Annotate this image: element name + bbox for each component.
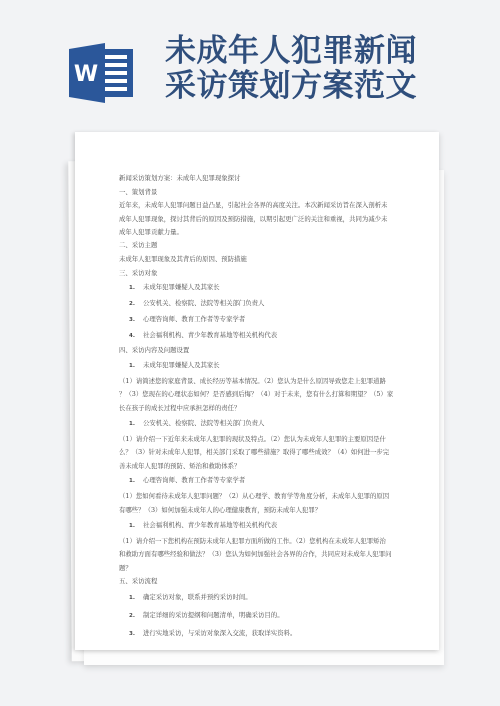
title-line-1: 未成年人犯罪新闻 <box>165 34 417 69</box>
question-group-target: 1.公安机关、检察院、法院等相关部门负责人 <box>119 416 417 432</box>
process-list: 1.确定采访对象，联系并预约采访时间。 2.制定详细的采访提纲和问题清单，明确采… <box>119 589 417 643</box>
list-item: 2.公安机关、检察院、法院等相关部门负责人 <box>119 296 417 312</box>
paragraph-line: 和救助方面有哪些经验和做法？（3）您认为如何加强社会各界的合作，共同应对未成年人… <box>119 548 417 562</box>
paragraph-line: 么？（3）针对未成年人犯罪，相关部门采取了哪些措施？取得了哪些成效？（4）如何进… <box>119 446 417 460</box>
question-paragraph: （1）请介绍一下近年来未成年人犯罪的现状及特点。（2）您认为未成年人犯罪的主要原… <box>119 433 417 474</box>
list-item: 4.社会福利机构、青少年教育基地等相关机构代表 <box>119 328 417 344</box>
section-body-background: 近年来，未成年人犯罪问题日益凸显，引起社会各界的高度关注。本次新闻采访旨在深入剖… <box>119 199 417 239</box>
paragraph-line: 成年人犯罪现象，探讨其背后的原因及预防措施，以期引起更广泛的关注和重视，共同为减… <box>119 213 417 226</box>
section-body-theme: 未成年人犯罪现象及其背后的原因、预防措施 <box>119 253 417 267</box>
list-number: 2. <box>129 608 143 625</box>
paragraph-line: （1）请简述您的家庭背景、成长经历等基本情况。（2）您认为是什么原因导致您走上犯… <box>119 375 417 389</box>
question-group-target: 1.心理咨询师、教育工作者等专家学者 <box>119 473 417 489</box>
paragraph-line: （1）请介绍一下近年来未成年人犯罪的现状及特点。（2）您认为未成年人犯罪的主要原… <box>119 433 417 447</box>
section-title-process: 五、采访流程 <box>119 575 417 589</box>
paragraph-line: 近年来，未成年人犯罪问题日益凸显，引起社会各界的高度关注。本次新闻采访旨在深入剖… <box>119 199 417 212</box>
word-document-icon: W <box>69 43 135 103</box>
list-number: 3. <box>129 626 143 643</box>
list-text: 社会福利机构、青少年教育基地等相关机构代表 <box>143 331 277 339</box>
question-group: 1.社会福利机构、青少年教育基地等相关机构代表 （1）请介绍一下您机构在预防未成… <box>119 518 417 576</box>
list-number: 1. <box>129 417 143 432</box>
list-text: 制定详细的采访提纲和问题清单，明确采访目的。 <box>143 611 284 619</box>
paragraph-line: 长在孩子的成长过程中应承担怎样的责任？ <box>119 402 417 416</box>
list-number: 4. <box>129 329 143 344</box>
paragraph-line: （1）您如何看待未成年人犯罪问题？（2）从心理学、教育学等角度分析，未成年人犯罪… <box>119 490 417 504</box>
section-title-questions: 四、采访内容及问题设置 <box>119 344 417 358</box>
section-title-theme: 二、采访主题 <box>119 239 417 253</box>
page-title: 未成年人犯罪新闻 采访策划方案范文 <box>165 34 417 104</box>
section-title-background: 一、策划背景 <box>119 186 417 200</box>
paragraph-line: 成年人犯罪贡献力量。 <box>119 226 417 239</box>
document-page: 新闻采访策划方案：未成年人犯罪现象探讨 一、策划背景 近年来，未成年人犯罪问题日… <box>75 132 439 650</box>
interviewee-list: 1.未成年犯罪嫌疑人及其家长 2.公安机关、检察院、法院等相关部门负责人 3.心… <box>119 280 417 344</box>
list-number: 1. <box>129 359 143 374</box>
section-title-interviewees: 三、采访对象 <box>119 267 417 281</box>
list-text: 公安机关、检察院、法院等相关部门负责人 <box>143 419 264 427</box>
list-text: 公安机关、检察院、法院等相关部门负责人 <box>143 299 264 307</box>
list-text: 未成年犯罪嫌疑人及其家长 <box>143 361 220 369</box>
question-group-target: 1.未成年犯罪嫌疑人及其家长 <box>119 358 417 374</box>
question-group: 1.未成年犯罪嫌疑人及其家长 （1）请简述您的家庭背景、成长经历等基本情况。（2… <box>119 358 417 416</box>
document-content: 新闻采访策划方案：未成年人犯罪现象探讨 一、策划背景 近年来，未成年人犯罪问题日… <box>119 172 417 643</box>
list-text: 社会福利机构、青少年教育基地等相关机构代表 <box>143 521 277 529</box>
paragraph-line: 有哪些？（3）如何加强未成年人的心理健康教育，预防未成年人犯罪？ <box>119 504 417 518</box>
paragraph-line: ？（3）您现在的心理状态如何？是否感到后悔？（4）对于未来，您有什么打算和期望？… <box>119 388 417 402</box>
list-text: 未成年犯罪嫌疑人及其家长 <box>143 283 220 291</box>
list-item: 3.进行实地采访，与采访对象深入交流，获取详实资料。 <box>119 625 417 643</box>
question-paragraph: （1）请介绍一下您机构在预防未成年人犯罪方面所做的工作。（2）您机构在未成年人犯… <box>119 535 417 576</box>
list-number: 1. <box>129 474 143 489</box>
question-paragraph: （1）您如何看待未成年人犯罪问题？（2）从心理学、教育学等角度分析，未成年人犯罪… <box>119 490 417 517</box>
question-group: 1.心理咨询师、教育工作者等专家学者 （1）您如何看待未成年人犯罪问题？（2）从… <box>119 473 417 517</box>
list-item: 3.心理咨询师、教育工作者等专家学者 <box>119 312 417 328</box>
list-item: 1.未成年犯罪嫌疑人及其家长 <box>119 280 417 296</box>
title-line-2: 采访策划方案范文 <box>165 69 417 104</box>
question-group-target: 1.社会福利机构、青少年教育基地等相关机构代表 <box>119 518 417 534</box>
list-number: 2. <box>129 297 143 312</box>
paragraph-line: 题？ <box>119 562 417 576</box>
list-number: 3. <box>129 313 143 328</box>
list-item: 2.制定详细的采访提纲和问题清单，明确采访目的。 <box>119 607 417 625</box>
word-icon-letter: W <box>74 62 98 87</box>
document-heading: 新闻采访策划方案：未成年人犯罪现象探讨 <box>119 172 417 186</box>
question-group: 1.公安机关、检察院、法院等相关部门负责人 （1）请介绍一下近年来未成年人犯罪的… <box>119 416 417 474</box>
list-number: 1. <box>129 590 143 607</box>
list-text: 心理咨询师、教育工作者等专家学者 <box>143 476 245 484</box>
paragraph-line: 善未成年人犯罪的预防、矫治和救助体系？ <box>119 460 417 474</box>
list-number: 1. <box>129 519 143 534</box>
list-text: 确定采访对象，联系并预约采访时间。 <box>143 593 252 601</box>
paragraph-line: （1）请介绍一下您机构在预防未成年人犯罪方面所做的工作。（2）您机构在未成年人犯… <box>119 535 417 549</box>
list-item: 1.确定采访对象，联系并预约采访时间。 <box>119 589 417 607</box>
question-paragraph: （1）请简述您的家庭背景、成长经历等基本情况。（2）您认为是什么原因导致您走上犯… <box>119 375 417 416</box>
list-text: 心理咨询师、教育工作者等专家学者 <box>143 315 245 323</box>
banner-header: W 未成年人犯罪新闻 采访策划方案范文 <box>0 0 500 130</box>
list-text: 进行实地采访，与采访对象深入交流，获取详实资料。 <box>143 629 296 637</box>
list-number: 1. <box>129 281 143 296</box>
